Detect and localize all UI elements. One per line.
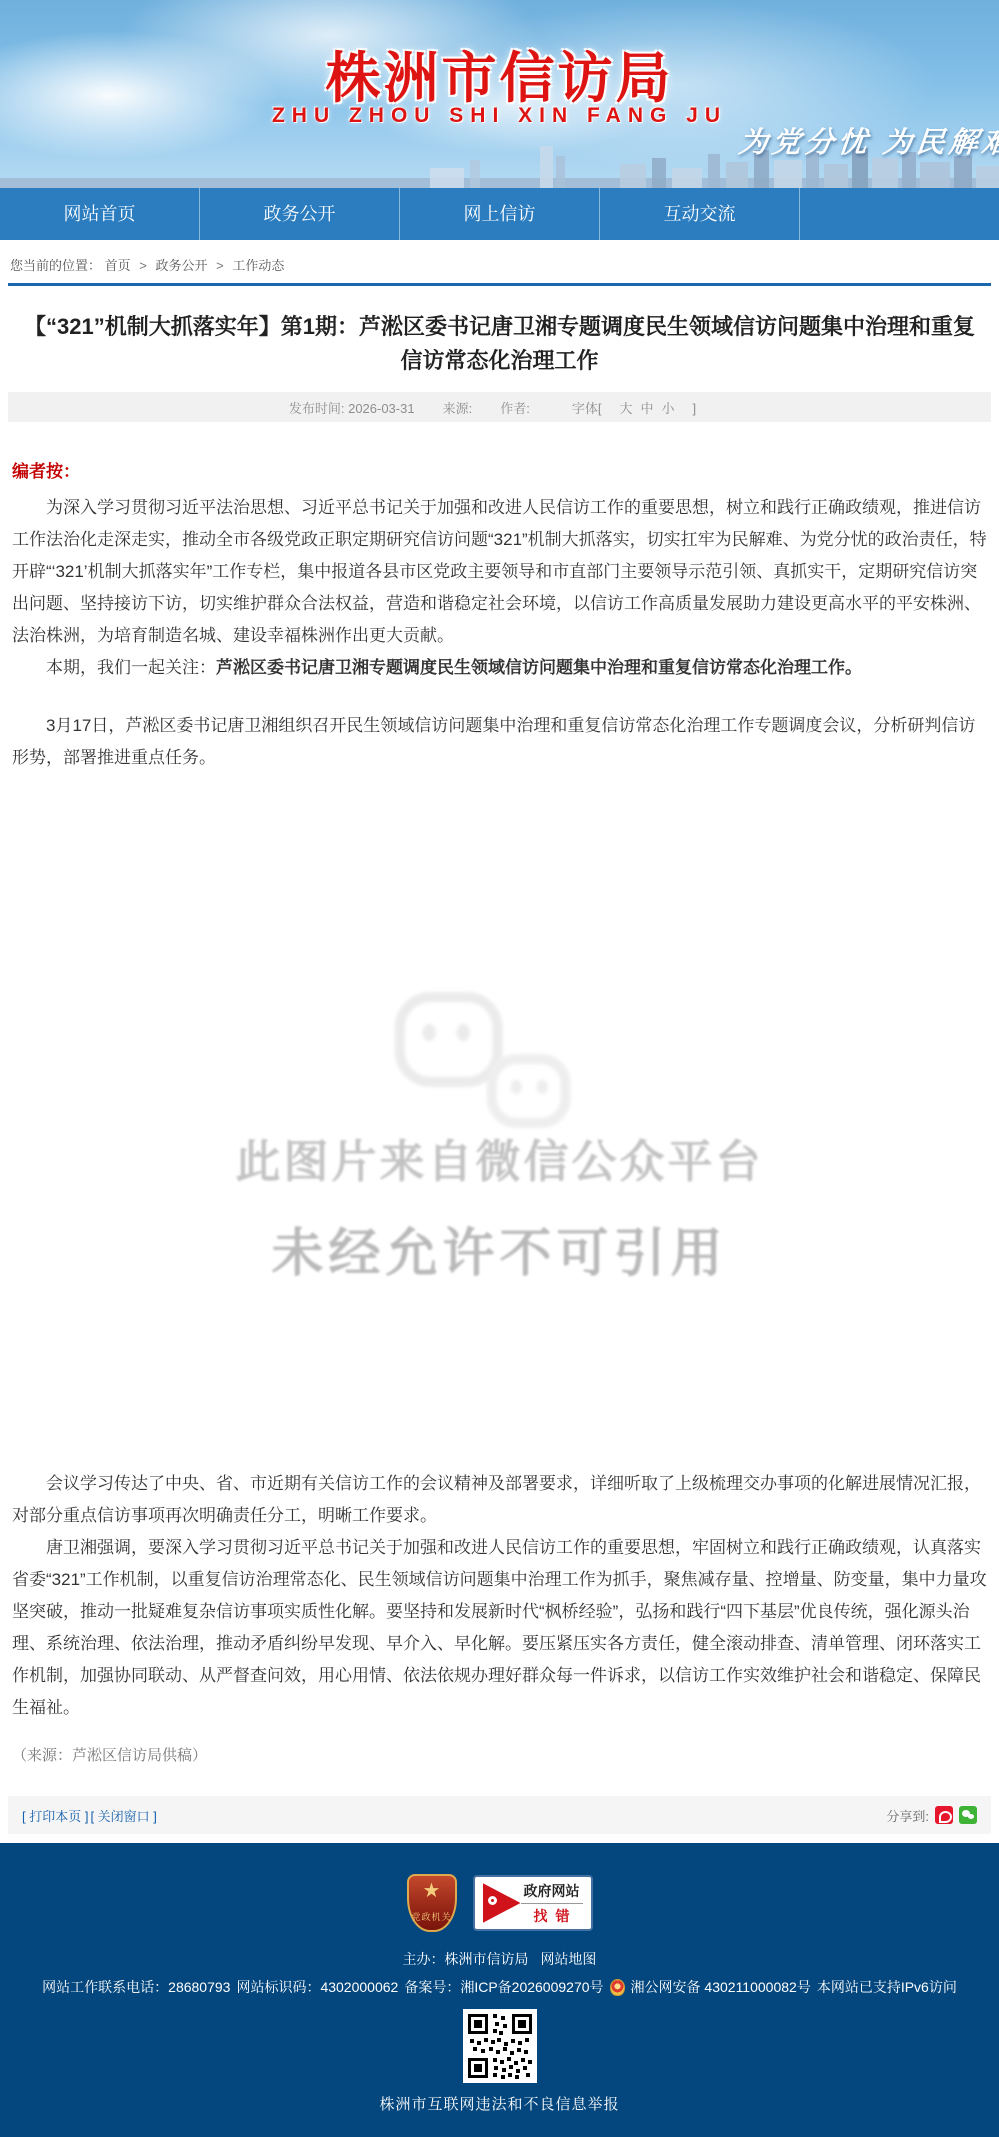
- wechat-image-placeholder: 此图片来自微信公众平台 未经允许不可引用: [12, 794, 987, 1454]
- contact-phone: 网站工作联系电话：28680793: [42, 1977, 230, 1997]
- header-banner: 株洲市信访局 ZHU ZHOU SHI XIN FANG JU 为党分忧 为民解…: [0, 0, 999, 188]
- breadcrumb: 您当前的位置： 首页 > 政务公开 > 工作动态: [0, 240, 999, 283]
- article-body: 编者按： 为深入学习贯彻习近平法治思想、习近平总书记关于加强和改进人民信访工作的…: [0, 456, 999, 1772]
- sitemap-link[interactable]: 网站地图: [540, 1951, 596, 1967]
- icp-record-link[interactable]: 备案号：湘ICP备2026009270号: [404, 1977, 603, 1997]
- police-badge-icon: [610, 1979, 625, 1996]
- wechat-share-icon[interactable]: [959, 1806, 977, 1824]
- nav-item-interaction[interactable]: 互动交流: [600, 188, 800, 240]
- breadcrumb-separator: >: [216, 258, 224, 273]
- font-size-large-link[interactable]: 大: [619, 401, 632, 416]
- source-label: 来源:: [443, 398, 473, 417]
- slogan-calligraphy: 为党分忧 为民解难: [737, 120, 999, 161]
- paragraph-editor-note: 为深入学习贯彻习近平法治思想、习近平总书记关于加强和改进人民信访工作的重要思想，…: [12, 492, 987, 652]
- breadcrumb-separator: >: [139, 258, 147, 273]
- magnifier-triangle-icon: [483, 1883, 521, 1923]
- editor-note-label: 编者按：: [12, 456, 987, 488]
- footer: ★ 党政机关 政府网站 找错 主办：株洲市信访局 网站地图 网站工作联系电话：2…: [0, 1843, 999, 2137]
- close-window-link[interactable]: [ 关闭窗口 ]: [90, 1809, 156, 1824]
- chat-bubble-icon: [486, 1054, 570, 1128]
- breadcrumb-link-home[interactable]: 首页: [105, 258, 131, 273]
- paragraph-meeting-content: 会议学习传达了中央、省、市近期有关信访工作的会议精神及部署要求，详细听取了上级梳…: [12, 1468, 987, 1532]
- main-nav: 网站首页 政务公开 网上信访 互动交流: [0, 188, 999, 240]
- paragraph-meeting-intro: 3月17日，芦淞区委书记唐卫湘组织召开民生领域信访问题集中治理和重复信访常态化治…: [12, 710, 987, 774]
- footer-info-line: 网站工作联系电话：28680793 网站标识码：4302000062 备案号：湘…: [0, 1977, 999, 1997]
- footer-report-line: 株洲市互联网违法和不良信息举报: [0, 2093, 999, 2114]
- paragraph-emphasis: 唐卫湘强调，要深入学习贯彻习近平总书记关于加强和改进人民信访工作的重要思想，牢固…: [12, 1532, 987, 1724]
- breadcrumb-label: 您当前的位置：: [10, 258, 101, 273]
- public-security-record-link[interactable]: 湘公网安备 430211000082号: [631, 1977, 811, 1997]
- font-control-prefix: 字体[: [572, 401, 602, 416]
- article-source-note: （来源：芦淞区信访局供稿）: [12, 1740, 987, 1772]
- font-size-control: 字体[大中小]: [558, 398, 710, 417]
- paragraph-focus: 本期，我们一起关注：芦淞区委书记唐卫湘专题调度民生领域信访问题集中治理和重复信访…: [12, 652, 987, 684]
- focus-prefix: 本期，我们一起关注：: [46, 658, 216, 677]
- font-size-small-link[interactable]: 小: [662, 401, 675, 416]
- nav-item-online-petition[interactable]: 网上信访: [400, 188, 600, 240]
- star-icon: ★: [409, 1878, 455, 1904]
- ipv6-support-text: 本网站已支持IPv6访问: [817, 1977, 957, 1997]
- gov-badge-line2: 找错: [521, 1904, 583, 1926]
- party-gov-emblem-badge: ★ 党政机关: [407, 1874, 457, 1932]
- qr-code-wrap: [0, 2009, 999, 2083]
- image-watermark-line1: 此图片来自微信公众平台: [12, 1146, 987, 1178]
- share-box: 分享到:: [886, 1806, 977, 1825]
- article-title: 【“321”机制大抓落实年】第1期：芦淞区委书记唐卫湘专题调度民生领域信访问题集…: [0, 286, 999, 392]
- weibo-share-icon[interactable]: [935, 1806, 953, 1824]
- illegal-content-report-link[interactable]: 株洲市互联网违法和不良信息举报: [379, 2096, 619, 2113]
- site-code: 网站标识码：4302000062: [236, 1977, 398, 1997]
- publish-date: 发布时间: 2026-03-31: [289, 398, 415, 417]
- breadcrumb-link-work-news[interactable]: 工作动态: [232, 258, 284, 273]
- footer-badges: ★ 党政机关 政府网站 找错: [0, 1873, 999, 1933]
- share-label: 分享到:: [886, 1806, 929, 1825]
- nav-item-home[interactable]: 网站首页: [0, 188, 200, 240]
- font-size-medium-link[interactable]: 中: [640, 401, 653, 416]
- gov-badge-text: 政府网站 找错: [521, 1881, 583, 1926]
- gov-badge-line1: 政府网站: [521, 1881, 583, 1904]
- host-label: 主办：株洲市信访局: [403, 1951, 529, 1967]
- report-qr-code: [463, 2009, 537, 2083]
- chat-bubble-icon: [394, 992, 502, 1087]
- print-page-link[interactable]: [ 打印本页 ]: [22, 1809, 88, 1824]
- party-badge-label: 党政机关: [409, 1910, 455, 1923]
- site-title: 株洲市信访局: [0, 34, 999, 113]
- nav-item-gov-info[interactable]: 政务公开: [200, 188, 400, 240]
- image-watermark-line2: 未经允许不可引用: [12, 1238, 987, 1270]
- print-share-bar: [ 打印本页 ][ 关闭窗口 ] 分享到:: [8, 1796, 991, 1834]
- font-control-suffix: ]: [693, 401, 697, 416]
- footer-host-line: 主办：株洲市信访局 网站地图: [0, 1949, 999, 1969]
- author-label: 作者:: [500, 398, 530, 417]
- focus-highlight: 芦淞区委书记唐卫湘专题调度民生领域信访问题集中治理和重复信访常态化治理工作。: [216, 658, 862, 677]
- breadcrumb-link-gov-info[interactable]: 政务公开: [156, 258, 208, 273]
- article-meta-bar: 发布时间: 2026-03-31 来源: 作者: 字体[大中小]: [8, 392, 991, 422]
- gov-site-error-report-badge[interactable]: 政府网站 找错: [473, 1875, 593, 1931]
- page-actions: [ 打印本页 ][ 关闭窗口 ]: [22, 1806, 159, 1825]
